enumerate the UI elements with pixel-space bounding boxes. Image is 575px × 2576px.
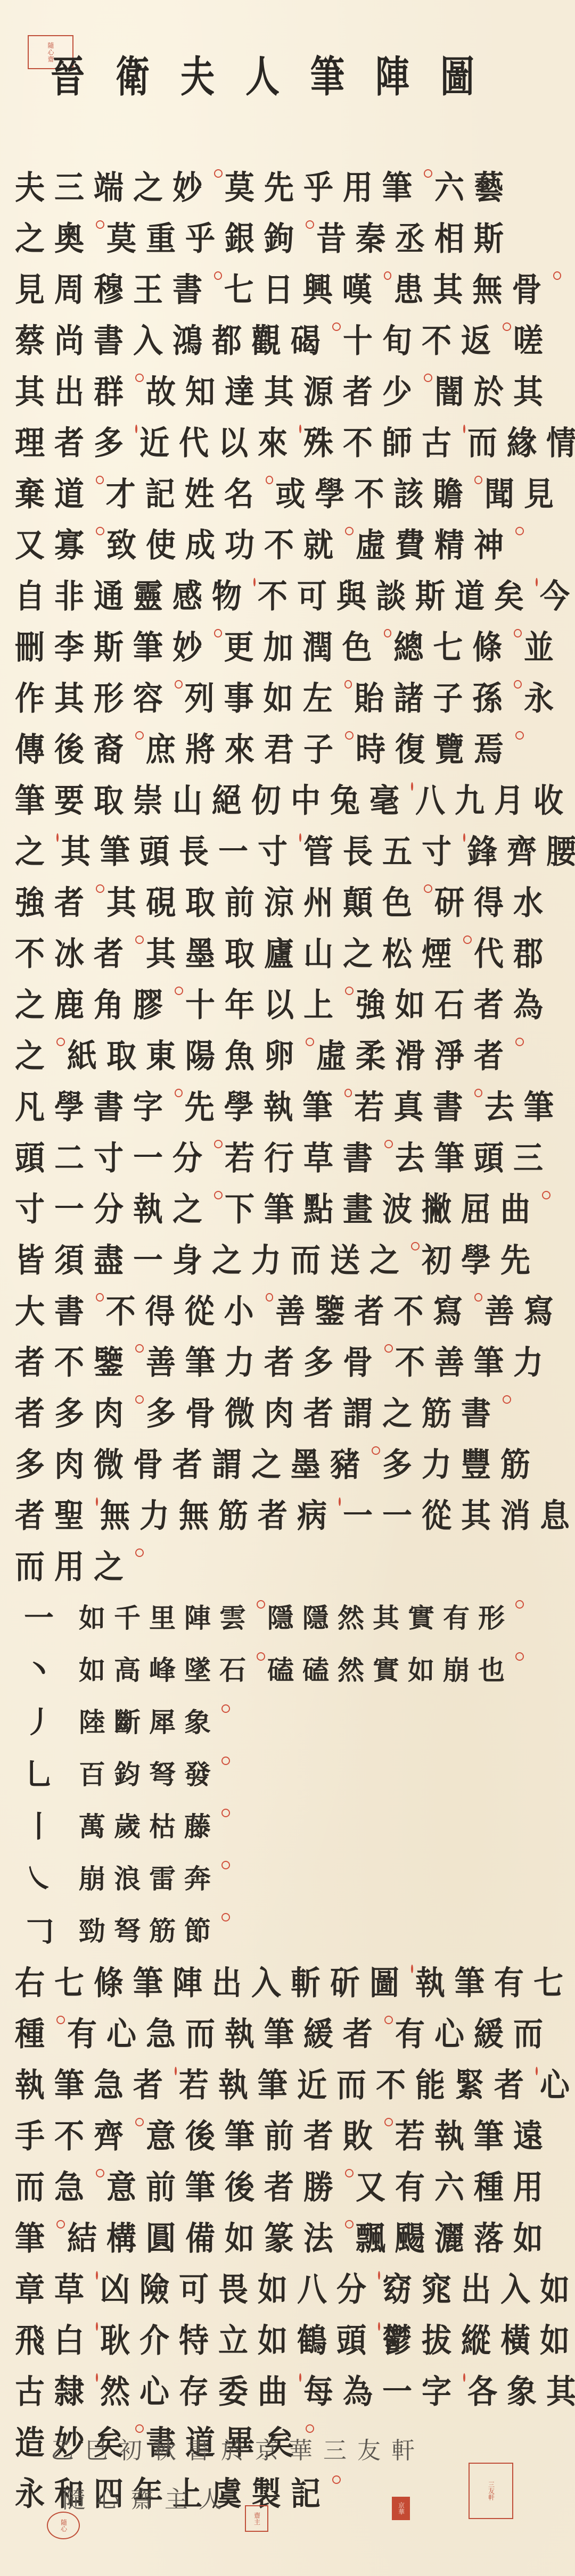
calligraphy-text: 窈窕出入如 [382, 2264, 575, 2310]
text-row: 自非通靈感物不可與談斯道矣今 [15, 568, 563, 619]
red-punctuation-circle [344, 680, 352, 689]
red-punctuation-circle [96, 476, 104, 484]
calligraphy-text: 不善筆力 [395, 1337, 553, 1384]
calligraphy-text: 無力無筋者病 [100, 1490, 336, 1537]
calligraphy-text: 皆須盡一身之力而送之 [15, 1235, 409, 1281]
title-char: 陣 [375, 43, 409, 104]
red-punctuation-circle [214, 169, 223, 178]
calligraphy-text: 紙取東陽魚卵 [67, 1030, 303, 1077]
calligraphy-text: 一一從其消息 [343, 1490, 575, 1537]
red-punctuation-circle [135, 935, 144, 944]
text-row: 見周穆王書七日興嘆患其無骨 [15, 262, 563, 313]
calligraphy-text: 多肉微骨者謂之墨豬 [15, 1439, 369, 1486]
text-row: 傳後裔庶將來君子時復覽焉 [15, 722, 563, 773]
calligraphy-text: 而用之 [15, 1541, 133, 1588]
text-row: 刪李斯筆妙更加潤色總七條並 [15, 619, 563, 670]
red-punctuation-circle [536, 578, 538, 586]
calligraphy-text: 心 [540, 2059, 575, 2106]
red-punctuation-circle [515, 1600, 524, 1609]
calligraphy-text: 不得從小 [106, 1286, 264, 1332]
calligraphy-text: 若執筆近而不能緊者 [179, 2059, 533, 2106]
calligraphy-text: 不冰者 [15, 928, 133, 975]
calligraphy-text: 其墨取廬山之松煙 [146, 928, 461, 975]
red-punctuation-circle [306, 220, 314, 229]
stroke-glyph-icon: 一 [15, 1595, 63, 1637]
red-punctuation-circle [345, 731, 354, 740]
text-row: 不冰者其墨取廬山之松煙代郡 [15, 926, 563, 977]
calligraphy-text: 今 [540, 570, 575, 617]
calligraphy-text: 若執筆遠 [395, 2110, 553, 2157]
text-row: 者不鑒善筆力者多骨不善筆力 [15, 1335, 563, 1386]
red-punctuation-circle [411, 1965, 413, 1973]
calligraphy-text: 百鈞弩發 [79, 1753, 219, 1792]
calligraphy-text: 多力豐筋 [382, 1439, 540, 1486]
red-punctuation-circle [96, 2322, 98, 2331]
body-section: 夫三端之妙莫先乎用筆六藝之奧莫重乎銀鉤昔秦丞相斯見周穆王書七日興嘆患其無骨蔡尚書… [15, 160, 563, 1590]
calligraphy-text: 夫三端之妙 [15, 162, 212, 209]
calligraphy-text: 近代以來 [139, 417, 297, 464]
red-punctuation-circle [378, 2271, 380, 2280]
calligraphy-text: 致使成功不就 [106, 519, 343, 566]
red-punctuation-circle [384, 2118, 393, 2126]
calligraphy-text: 去筆頭三 [395, 1132, 553, 1179]
calligraphy-text: 若行草書 [225, 1132, 382, 1179]
red-punctuation-circle [345, 2169, 354, 2177]
stroke-glyph-icon: 丶 [15, 1647, 63, 1689]
red-punctuation-circle [424, 169, 432, 178]
calligraphy-text: 莫重乎銀鉤 [106, 213, 303, 260]
red-punctuation-circle [411, 1242, 420, 1250]
text-row: 之紙取東陽魚卵虛柔滑淨者 [15, 1028, 563, 1079]
text-row: 者聖無力無筋者病一一從其消息 [15, 1488, 563, 1539]
calligraphy-text: 然心存委曲 [100, 2366, 297, 2413]
calligraphy-text: 才記姓名 [106, 468, 264, 515]
calligraphy-text: 管長五寸 [303, 826, 461, 873]
large-square-seal: 三友軒 [469, 2463, 513, 2519]
calligraphy-text: 不可與談斯道矣 [258, 570, 533, 617]
stroke-row: 丨萬歲枯藤 [15, 1799, 563, 1851]
red-punctuation-circle [257, 1600, 265, 1609]
stroke-row: 乚百鈞弩發 [15, 1746, 563, 1799]
red-punctuation-circle [463, 935, 472, 944]
calligraphy-text: 又有六種用 [356, 2161, 553, 2208]
calligraphy-text: 飄颺灑落如 [356, 2213, 553, 2259]
red-punctuation-circle [514, 629, 522, 637]
calligraphy-text: 萬歲枯藤 [79, 1805, 219, 1844]
calligraphy-text: 章草 [15, 2264, 94, 2310]
red-punctuation-circle [344, 1089, 352, 1097]
calligraphy-text: 並 [524, 622, 563, 668]
red-punctuation-circle [411, 782, 413, 791]
calligraphy-text: 意後筆前者敗 [146, 2110, 382, 2157]
calligraphy-text: 筆 [15, 2213, 54, 2259]
calligraphy-text: 如千里陣雲 [79, 1597, 254, 1635]
title-char: 人 [245, 43, 280, 104]
stroke-row: 丶如高峰墜石磕磕然實如崩也 [15, 1642, 563, 1694]
filled-seal: 京華 [392, 2497, 410, 2520]
calligraphy-text: 意前筆後者勝 [106, 2161, 343, 2208]
calligraphy-text: 而急 [15, 2161, 94, 2208]
red-punctuation-circle [253, 578, 256, 586]
calligraphy-text: 虛費精神 [356, 519, 513, 566]
red-punctuation-circle [474, 476, 482, 484]
stroke-row: 丿陸斷犀象 [15, 1694, 563, 1746]
red-punctuation-circle [542, 1191, 551, 1199]
calligraphy-text: 之奧 [15, 213, 94, 260]
red-punctuation-circle [135, 1548, 144, 1557]
calligraphy-text: 又寡 [15, 519, 94, 566]
red-punctuation-circle [515, 527, 524, 535]
calligraphy-text: 耿介特立如鶴頭 [100, 2315, 376, 2362]
red-punctuation-circle [378, 2322, 380, 2331]
calligraphy-text: 自非通靈感物 [15, 570, 251, 617]
stroke-row: 𠃌勁弩筋節 [15, 1903, 563, 1955]
calligraphy-text: 而緣情 [467, 417, 575, 464]
calligraphy-text: 有心急而執筆緩者 [67, 2008, 382, 2055]
text-row: 章草凶險可畏如八分窈窕出入如 [15, 2262, 563, 2313]
text-row: 皆須盡一身之力而送之初學先 [15, 1232, 563, 1283]
calligraphy-text: 殊不師古 [303, 417, 461, 464]
calligraphy-text: 十年以上 [185, 979, 343, 1026]
text-row: 筆要取崇山絕仞中兔毫八九月收 [15, 773, 563, 824]
calligraphy-text: 之鹿角膠 [15, 979, 172, 1026]
calligraphy-text: 磕磕然實如崩也 [267, 1649, 513, 1687]
calligraphy-text: 虛柔滑淨者 [316, 1030, 513, 1077]
red-punctuation-circle [515, 731, 524, 740]
calligraphy-text: 先學執筆 [185, 1081, 342, 1128]
calligraphy-text: 手不齊 [15, 2110, 133, 2157]
calligraphy-text: 古隸 [15, 2366, 94, 2413]
text-row: 又寡致使成功不就虛費精神 [15, 517, 563, 568]
text-row: 棄道才記姓名或學不該贍聞見 [15, 466, 563, 517]
calligraphy-text: 強者 [15, 877, 94, 924]
calligraphy-text: 如高峰墜石 [79, 1649, 254, 1687]
text-row: 強者其硯取前涼州顛色研得水 [15, 875, 563, 926]
text-row: 而用之 [15, 1539, 563, 1590]
text-row: 之其筆頭長一寸管長五寸鋒齊腰 [15, 824, 563, 875]
red-punctuation-circle [96, 884, 104, 893]
calligraphy-text: 作其形容 [15, 673, 172, 719]
red-punctuation-circle [384, 2016, 393, 2024]
red-punctuation-circle [96, 1293, 104, 1302]
red-punctuation-circle [384, 629, 392, 637]
red-punctuation-circle [424, 884, 432, 893]
red-punctuation-circle [463, 425, 465, 433]
calligraphy-text: 棄道 [15, 468, 94, 515]
calligraphy-text: 列事如左 [185, 673, 342, 719]
text-row: 理者多近代以來殊不師古而緣情 [15, 415, 563, 466]
calligraphy-text: 六藝 [434, 162, 513, 209]
red-punctuation-circle [299, 2373, 301, 2382]
red-punctuation-circle [257, 1652, 265, 1661]
title-char: 晉 [51, 43, 85, 104]
calligraphy-text: 執筆有七 [415, 1957, 573, 2004]
calligraphy-text: 嗟 [513, 315, 553, 362]
red-punctuation-circle [135, 2118, 144, 2126]
red-punctuation-circle [175, 2067, 177, 2075]
text-row: 執筆急者若執筆近而不能緊者心 [15, 2057, 563, 2108]
stroke-row: 一如千里陣雲隱隱然其實有形 [15, 1590, 563, 1642]
red-punctuation-circle [474, 1293, 482, 1302]
red-punctuation-circle [372, 1446, 380, 1455]
small-square-seal: 齋主 [245, 2505, 268, 2532]
text-row: 之奧莫重乎銀鉤昔秦丞相斯 [15, 211, 563, 262]
red-punctuation-circle [515, 1038, 524, 1046]
calligraphy-text: 昔秦丞相斯 [316, 213, 513, 260]
calligraphy-text: 貽諸子孫 [354, 673, 512, 719]
calligraphy-text: 之 [15, 826, 54, 873]
red-punctuation-circle [345, 2220, 354, 2229]
red-punctuation-circle [96, 527, 104, 535]
red-punctuation-circle [56, 2220, 65, 2229]
red-punctuation-circle [503, 322, 511, 331]
calligraphy-text: 患其無骨 [393, 264, 551, 311]
calligraphy-text: 刪李斯筆妙 [15, 622, 212, 668]
red-punctuation-circle [221, 1757, 230, 1765]
red-punctuation-circle [96, 2169, 104, 2177]
red-punctuation-circle [135, 1344, 144, 1353]
title-char: 衛 [116, 43, 150, 104]
red-punctuation-circle [96, 2271, 98, 2280]
red-punctuation-circle [384, 1344, 393, 1353]
calligraphy-text: 善寫 [484, 1286, 563, 1332]
calligraphy-text: 凶險可畏如八分 [100, 2264, 376, 2310]
red-punctuation-circle [221, 1809, 230, 1817]
text-row: 夫三端之妙莫先乎用筆六藝 [15, 160, 563, 211]
red-punctuation-circle [536, 2067, 538, 2075]
red-punctuation-circle [332, 322, 341, 331]
text-row: 筆結構圓備如篆法飄颺灑落如 [15, 2210, 563, 2262]
calligraphy-text: 凡學書字 [15, 1081, 172, 1128]
title-char: 夫 [180, 43, 215, 104]
calligraphy-text: 七日興嘆 [224, 264, 382, 311]
stroke-glyph-icon: 乚 [15, 1751, 63, 1794]
calligraphy-text: 右七條筆陣出入斬斫圖 [15, 1957, 409, 2004]
red-punctuation-circle [175, 1089, 183, 1097]
calligraphy-text: 隱隱然其實有形 [267, 1597, 513, 1635]
red-punctuation-circle [514, 680, 522, 689]
red-punctuation-circle [221, 1704, 230, 1713]
calligraphy-text: 善鑒者不寫 [275, 1286, 472, 1332]
calligraphy-text: 下筆點畫波撇屈曲 [225, 1183, 540, 1230]
text-row: 而急意前筆後者勝又有六種用 [15, 2159, 563, 2210]
calligraphy-text: 種 [15, 2008, 54, 2055]
red-punctuation-circle [214, 1140, 223, 1148]
calligraphy-text: 筆要取崇山絕仞中兔毫 [15, 775, 409, 822]
title-char: 圖 [440, 43, 474, 104]
calligraphy-text: 或學不該贍 [275, 468, 472, 515]
calligraphy-text: 者多肉 [15, 1388, 133, 1435]
red-punctuation-circle [56, 833, 59, 842]
calligraphy-text: 強如石者為 [356, 979, 553, 1026]
calligraphy-text: 鬱拔縱橫如 [382, 2315, 575, 2362]
calligraphy-text: 鋒齊腰 [467, 826, 575, 873]
calligraphy-text: 理者多 [15, 417, 133, 464]
calligraphy-text: 多骨微肉者謂之筋書 [146, 1388, 500, 1435]
calligraphy-text: 八九月收 [415, 775, 573, 822]
calligraphy-text: 庶將來君子 [146, 724, 343, 771]
red-punctuation-circle [503, 1395, 511, 1404]
calligraphy-body: 夫三端之妙莫先乎用筆六藝之奧莫重乎銀鉤昔秦丞相斯見周穆王書七日興嘆患其無骨蔡尚書… [15, 160, 563, 2517]
red-punctuation-circle [214, 271, 222, 280]
red-punctuation-circle [384, 271, 392, 280]
red-punctuation-circle [345, 987, 354, 995]
red-punctuation-circle [463, 833, 465, 842]
calligraphy-text: 每為一字 [303, 2366, 461, 2413]
calligraphy-text: 研得水 [434, 877, 553, 924]
red-punctuation-circle [96, 220, 104, 229]
red-punctuation-circle [345, 527, 354, 535]
text-row: 右七條筆陣出入斬斫圖執筆有七 [15, 1955, 563, 2006]
calligraphy-text: 若真書 [354, 1081, 472, 1128]
calligraphy-text: 有心緩而 [395, 2008, 553, 2055]
calligraphy-text: 者聖 [15, 1490, 94, 1537]
stroke-glyph-icon: ㇏ [15, 1856, 63, 1898]
text-row: 種有心急而執筆緩者有心緩而 [15, 2006, 563, 2057]
text-row: 之鹿角膠十年以上強如石者為 [15, 977, 563, 1028]
text-row: 蔡尚書入鴻都觀碣十旬不返嗟 [15, 313, 563, 364]
calligraphy-text: 見周穆王書 [15, 264, 212, 311]
red-punctuation-circle [474, 1089, 482, 1097]
calligraphy-text: 頭二寸一分 [15, 1132, 212, 1179]
calligraphy-text: 其硯取前涼州顛色 [106, 877, 422, 924]
text-row: 者多肉多骨微肉者謂之筋書 [15, 1386, 563, 1437]
red-punctuation-circle [135, 374, 144, 382]
calligraphy-text: 勁弩筋節 [79, 1910, 219, 1948]
colophon-signature: 隨心齋主人 [62, 2475, 425, 2524]
red-punctuation-circle [96, 2373, 98, 2382]
calligraphy-text: 初學先 [422, 1235, 540, 1281]
red-punctuation-circle [221, 1913, 230, 1921]
calligraphy-text: 代郡 [474, 928, 553, 975]
stroke-glyph-icon: 𠃌 [15, 1908, 63, 1950]
calligraphy-text: 飛白 [15, 2315, 94, 2362]
red-punctuation-circle [339, 1497, 341, 1506]
text-row: 頭二寸一分若行草書去筆頭三 [15, 1130, 563, 1181]
text-row: 凡學書字先學執筆若真書去筆 [15, 1079, 563, 1130]
calligraphy-text: 聞見 [484, 468, 563, 515]
calligraphy-text: 傳後裔 [15, 724, 133, 771]
red-punctuation-circle [135, 1395, 144, 1404]
text-row: 大書不得從小善鑒者不寫善寫 [15, 1283, 563, 1335]
red-punctuation-circle [175, 680, 183, 689]
calligraphy-text: 者不鑒 [15, 1337, 133, 1384]
red-punctuation-circle [175, 987, 183, 995]
stroke-glyph-icon: 丿 [15, 1699, 63, 1742]
calligraphy-text: 大書 [15, 1286, 94, 1332]
red-punctuation-circle [384, 1140, 393, 1148]
calligraphy-text: 善筆力者多骨 [146, 1337, 382, 1384]
calligraphy-text: 其出群 [15, 366, 133, 413]
red-punctuation-circle [299, 425, 301, 433]
red-punctuation-circle [553, 271, 561, 280]
stroke-glyph-icon: 丨 [15, 1803, 63, 1846]
calligraphy-text: 寸一分執之 [15, 1183, 212, 1230]
red-punctuation-circle [135, 731, 144, 740]
red-punctuation-circle [135, 425, 137, 433]
text-row: 寸一分執之下筆點畫波撇屈曲 [15, 1181, 563, 1232]
calligraphy-text: 闇於其 [434, 366, 553, 413]
red-punctuation-circle [214, 629, 222, 637]
red-punctuation-circle [306, 1038, 314, 1046]
calligraphy-text: 各象其形 [467, 2366, 575, 2413]
red-punctuation-circle [299, 833, 301, 842]
calligraphy-text: 時復覽焉 [356, 724, 513, 771]
red-punctuation-circle [214, 1191, 223, 1199]
text-row: 手不齊意後筆前者敗若執筆遠 [15, 2108, 563, 2159]
calligraphy-text: 結構圓備如篆法 [67, 2213, 343, 2259]
calligraphy-text: 陸斷犀象 [79, 1701, 219, 1740]
red-punctuation-circle [56, 1038, 65, 1046]
calligraphy-text: 蔡尚書入鴻都觀碣 [15, 315, 330, 362]
round-seal: 隨心 [47, 2512, 80, 2539]
seven-strokes-section: 一如千里陣雲隱隱然其實有形丶如高峰墜石磕磕然實如崩也丿陸斷犀象乚百鈞弩發丨萬歲枯… [15, 1590, 563, 1955]
red-punctuation-circle [424, 374, 432, 382]
calligraphy-scroll: 隨心齋 晉 衛 夫 人 筆 陣 圖 夫三端之妙莫先乎用筆六藝之奧莫重乎銀鉤昔秦丞… [0, 0, 575, 2576]
stroke-row: ㇏崩浪雷奔 [15, 1851, 563, 1903]
text-row: 古隸然心存委曲每為一字各象其形斯 [15, 2364, 563, 2415]
calligraphy-text: 莫先乎用筆 [225, 162, 422, 209]
red-punctuation-circle [56, 2016, 65, 2024]
calligraphy-text: 其筆頭長一寸 [61, 826, 297, 873]
colophon-date-line: 乙巳初秋書於京華三友軒 [51, 2426, 425, 2475]
calligraphy-text: 更加潤色 [224, 622, 382, 668]
text-row: 飛白耿介特立如鶴頭鬱拔縱橫如 [15, 2313, 563, 2364]
calligraphy-text: 故知達其源者少 [146, 366, 422, 413]
scroll-title: 晉 衛 夫 人 筆 陣 圖 [51, 49, 474, 98]
red-punctuation-circle [463, 2373, 465, 2382]
calligraphy-text: 執筆急者 [15, 2059, 172, 2106]
text-row: 多肉微骨者謂之墨豬多力豐筋 [15, 1437, 563, 1488]
red-punctuation-circle [266, 476, 274, 484]
calligraphy-text: 崩浪雷奔 [79, 1858, 219, 1896]
calligraphy-text: 永 [524, 673, 563, 719]
calligraphy-text: 之 [15, 1030, 54, 1077]
title-char: 筆 [310, 43, 344, 104]
calligraphy-text: 十旬不返 [343, 315, 500, 362]
colophon: 乙巳初秋書於京華三友軒 隨心齋主人 [51, 2426, 425, 2524]
text-row: 作其形容列事如左貽諸子孫永 [15, 670, 563, 722]
red-punctuation-circle [96, 1497, 98, 1506]
calligraphy-text: 去筆 [484, 1081, 563, 1128]
red-punctuation-circle [515, 1652, 524, 1661]
red-punctuation-circle [221, 1861, 230, 1869]
red-punctuation-circle [266, 1293, 274, 1302]
calligraphy-text: 總七條 [393, 622, 512, 668]
text-row: 其出群故知達其源者少闇於其 [15, 364, 563, 415]
